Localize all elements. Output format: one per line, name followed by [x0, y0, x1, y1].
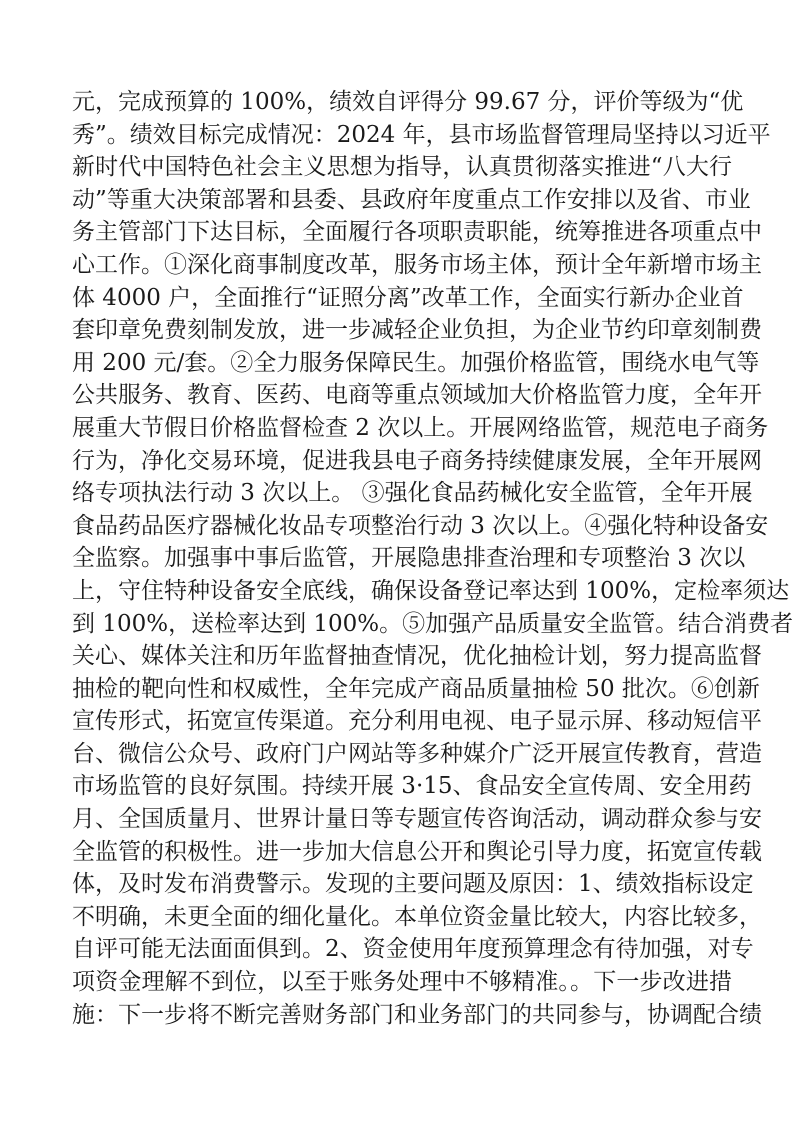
text-line: 新时代中国特色社会主义思想为指导，认真贯彻落实推进“八大行: [72, 151, 732, 184]
text-line: 行为，净化交易环境，促进我县电子商务持续健康发展，全年开展网: [72, 445, 732, 478]
body-paragraph: 元，完成预算的 100%，绩效自评得分 99.67 分，评价等级为“优 秀”。绩…: [72, 86, 732, 1031]
text-line: 项资金理解不到位，以至于账务处理中不够精准。。下一步改进措: [72, 966, 732, 999]
text-line: 心工作。①深化商事制度改革，服务市场主体，预计全年新增市场主: [72, 249, 732, 282]
text-line: 月、全国质量月、世界计量日等专题宣传咨询活动，调动群众参与安: [72, 803, 732, 836]
text-line: 抽检的靶向性和权威性，全年完成产商品质量抽检 50 批次。⑥创新: [72, 673, 732, 706]
text-line: 全监察。加强事中事后监管，开展隐患排查治理和专项整治 3 次以: [72, 542, 732, 575]
text-line: 关心、媒体关注和历年监督抽查情况，优化抽检计划，努力提高监督: [72, 640, 732, 673]
text-line: 自评可能无法面面俱到。2、资金使用年度预算理念有待加强，对专: [72, 933, 732, 966]
text-line: 宣传形式，拓宽宣传渠道。充分利用电视、电子显示屏、移动短信平: [72, 705, 732, 738]
text-line: 动”等重大决策部署和县委、县政府年度重点工作安排以及省、市业: [72, 184, 732, 217]
text-line: 市场监管的良好氛围。持续开展 3·15、食品安全宣传周、安全用药: [72, 770, 732, 803]
text-line: 公共服务、教育、医药、电商等重点领域加大价格监管力度，全年开: [72, 379, 732, 412]
text-line: 展重大节假日价格监督检查 2 次以上。开展网络监管，规范电子商务: [72, 412, 732, 445]
text-line: 施：下一步将不断完善财务部门和业务部门的共同参与，协调配合绩: [72, 999, 732, 1032]
text-line: 食品药品医疗器械化妆品专项整治行动 3 次以上。④强化特种设备安: [72, 510, 732, 543]
text-line: 用 200 元/套。②全力服务保障民生。加强价格监管，围绕水电气等: [72, 347, 732, 380]
text-line: 务主管部门下达目标，全面履行各项职责职能，统筹推进各项重点中: [72, 216, 732, 249]
text-line: 全监管的积极性。进一步加大信息公开和舆论引导力度，拓宽宣传载: [72, 836, 732, 869]
document-page: 元，完成预算的 100%，绩效自评得分 99.67 分，评价等级为“优 秀”。绩…: [0, 0, 800, 1131]
text-line: 上，守住特种设备安全底线，确保设备登记率达到 100%，定检率须达: [72, 575, 732, 608]
text-line: 不明确，未更全面的细化量化。本单位资金量比较大，内容比较多，: [72, 901, 732, 934]
text-line: 到 100%，送检率达到 100%。⑤加强产品质量安全监管。结合消费者: [72, 608, 732, 641]
text-line: 体 4000 户，全面推行“证照分离”改革工作，全面实行新办企业首: [72, 282, 732, 315]
text-line: 秀”。绩效目标完成情况：2024 年，县市场监督管理局坚持以习近平: [72, 119, 732, 152]
text-line: 元，完成预算的 100%，绩效自评得分 99.67 分，评价等级为“优: [72, 86, 732, 119]
text-line: 络专项执法行动 3 次以上。 ③强化食品药械化安全监管，全年开展: [72, 477, 732, 510]
text-line: 台、微信公众号、政府门户网站等多种媒介广泛开展宣传教育，营造: [72, 738, 732, 771]
text-line: 套印章免费刻制发放，进一步减轻企业负担，为企业节约印章刻制费: [72, 314, 732, 347]
text-line: 体，及时发布消费警示。发现的主要问题及原因：1、绩效指标设定: [72, 868, 732, 901]
